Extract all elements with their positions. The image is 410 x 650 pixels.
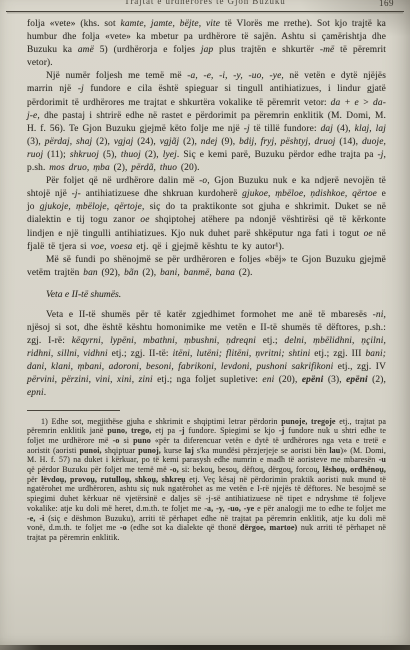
paragraph: Një numër foljesh me temë më -a, -e, -i,… [27, 70, 386, 175]
page-header: Trajtat e urdhërores te Gjon Buzuku 169 [6, 0, 404, 12]
paragraph: Për foljet që në urdhërore dalin më -o, … [27, 175, 386, 254]
paragraph: Veta e II-të shumës për të katër zgjedhi… [27, 309, 386, 401]
running-title: Trajtat e urdhërores te Gjon Buzuku [6, 0, 404, 6]
page-number: 169 [379, 0, 394, 8]
footnote-separator-rule [27, 410, 120, 411]
paragraph-continuation: folja «vete» (khs. sot kamte, jamte, bëj… [27, 18, 386, 70]
footnote: 1) Edhe sot, megjithëse gjuha e shkrimit… [27, 417, 386, 543]
scan-bottom-edge [0, 645, 410, 650]
paragraph: Më së fundi po shënojmë se për urdhërore… [27, 254, 386, 280]
section-heading: Veta e II-të shumës. [27, 289, 386, 301]
page-body: folja «vete» (khs. sot kamte, jamte, bëj… [0, 12, 410, 543]
scanned-book-page: { "header": { "running_title": "Trajtat … [0, 0, 410, 650]
